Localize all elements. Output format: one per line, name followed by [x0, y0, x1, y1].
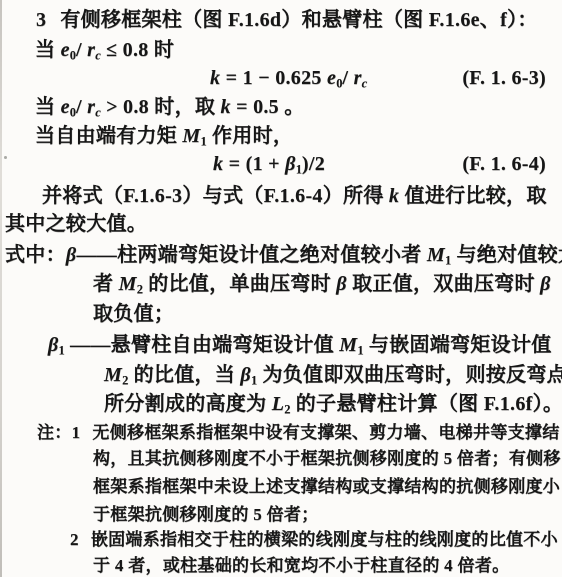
math-variable: β	[336, 273, 347, 295]
cjk-text-run: 框架系指框架中未设上述支撑结构或支撑结构的抗侧移刚度小	[93, 477, 560, 496]
math-variable: e	[61, 96, 70, 118]
cjk-text-run: 有侧移框架柱（图	[60, 9, 228, 31]
cjk-text-run: 构，且其抗侧移刚度不小于框架抗侧移刚度的	[93, 449, 444, 468]
math-variable: M	[427, 244, 445, 266]
latin-text-run: F.1.6-4	[264, 185, 323, 207]
cjk-text-run: 倍者；有侧移	[452, 449, 560, 468]
note-1-line-3: 框架系指框架中未设上述支撑结构或支撑结构的抗侧移刚度小	[93, 477, 560, 497]
scan-edge-shadow	[0, 0, 2, 577]
math-variable: k	[389, 185, 399, 207]
note-2-line-1: 2嵌固端系指相交于柱的横梁的线刚度与柱的线刚度的比值不小	[70, 530, 558, 550]
latin-text-run: F.1.6f	[484, 393, 533, 415]
cjk-text-run: ）所得	[323, 185, 389, 207]
cjk-text-run: ）和悬臂柱（图	[281, 9, 428, 31]
scan-speckle	[4, 156, 7, 159]
note-1-line-4: 于框架抗侧移刚度的 5 倍者；	[93, 505, 319, 525]
math-variable: β	[240, 364, 251, 386]
cjk-text-run: 式中：	[5, 244, 66, 266]
math-variable: L	[272, 393, 285, 415]
math-variable: M	[104, 364, 122, 386]
latin-text-run: = 1 − 0.625	[220, 67, 327, 89]
math-variable: M	[182, 125, 200, 147]
clause-number: 3	[36, 9, 46, 31]
cjk-text-run: 的子悬臂柱计算（图	[290, 393, 483, 415]
cjk-text-run: 的比值，当	[128, 364, 240, 386]
latin-text-run: F.1.6-3	[123, 185, 182, 207]
cjk-text-run: 悬臂柱自由端弯矩设计值	[111, 334, 340, 356]
cjk-text-run: 与嵌固端弯矩设计值	[364, 334, 552, 356]
formula-f-1-6-4: k = (1 + β1)/2	[213, 152, 325, 177]
latin-text-run: 4	[444, 556, 453, 575]
latin-text-run: )/2	[302, 153, 325, 175]
math-variable: M	[339, 334, 357, 356]
formula-f-1-6-3: k = 1 − 0.625 e0/ rc	[210, 66, 367, 91]
math-variable: β	[285, 153, 296, 175]
cjk-text-run: 并将式（	[42, 185, 123, 207]
cjk-text-run: 倍者。	[453, 556, 509, 575]
cjk-text-run: ）：	[507, 9, 538, 31]
cjk-text-run: 于	[93, 556, 115, 575]
cjk-text-run: 其中之较大值。	[5, 213, 147, 235]
math-variable: e	[327, 67, 336, 89]
cjk-text-run: 倍者；	[262, 505, 318, 524]
cjk-text-run: 无侧移框架系指框架中设有支撑架、剪力墙、电梯井等支撑结	[92, 423, 559, 442]
cjk-text-run: 所分割成的高度为	[104, 393, 272, 415]
latin-text-run: /	[342, 67, 353, 89]
cjk-text-run: ）与式（	[182, 185, 263, 207]
cjk-text-run: 值进行比较，取	[399, 185, 546, 207]
cjk-text-run: 取负值；	[93, 303, 174, 325]
cjk-text-run: 时，取	[154, 96, 220, 118]
math-variable: β	[48, 334, 59, 356]
latin-text-run: 1	[72, 423, 81, 442]
latin-text-run: F.1.6d	[228, 9, 281, 31]
latin-text-run: (F. 1. 6-4)	[462, 153, 546, 175]
cjk-text-run: 当自由端有力矩	[35, 125, 182, 147]
cjk-text-run: 者	[93, 273, 119, 295]
subscript: c	[362, 76, 368, 90]
math-variable: k	[220, 96, 230, 118]
cjk-text-run: 与绝对值较大	[451, 244, 562, 266]
note-1-line-2: 构，且其抗侧移刚度不小于框架抗侧移刚度的 5 倍者；有侧移	[93, 449, 561, 469]
latin-text-run: = (1 +	[223, 153, 285, 175]
math-variable: e	[61, 39, 70, 61]
cjk-text-run: 当	[35, 39, 61, 61]
note-2-line-2: 于 4 者，或柱基础的长和宽均不小于柱直径的 4 倍者。	[93, 556, 509, 576]
math-variable: r	[354, 67, 362, 89]
cjk-text-run: 注：	[37, 423, 72, 442]
eq-number-f-1-6-4: (F. 1. 6-4)	[462, 152, 546, 176]
math-variable: β	[540, 273, 551, 295]
cjk-text-run: 为负值即双曲压弯时，则按反弯点	[257, 364, 562, 386]
cjk-text-run: 时	[154, 39, 174, 61]
math-variable: k	[210, 67, 220, 89]
cjk-text-run: ——	[65, 334, 111, 356]
math-variable: k	[213, 153, 223, 175]
condition-e0-rc-gt-08: 当 e0/ rc > 0.8 时，取 k = 0.5 。	[35, 95, 305, 120]
cjk-text-run: 。	[279, 96, 305, 118]
where-beta1-def-line-2: M2 的比值，当 β1 为负值即双曲压弯时，则按反弯点	[104, 363, 562, 388]
eq-number-f-1-6-3: (F. 1. 6-3)	[462, 66, 546, 90]
cjk-text-run: ——	[76, 244, 117, 266]
clause-3-heading: 3有侧移框架柱（图 F.1.6d）和悬臂柱（图 F.1.6e、f）：	[36, 8, 538, 32]
cjk-text-run: 取正值，双曲压弯时	[347, 273, 540, 295]
latin-text-run: 4	[115, 556, 124, 575]
where-beta1-def-line-1: β1 ——悬臂柱自由端弯矩设计值 M1 与嵌固端弯矩设计值	[48, 333, 552, 358]
cjk-text-run: 的比值，单曲压弯时	[143, 273, 336, 295]
where-beta-def-line-1: 式中：β——柱两端弯矩设计值之绝对值较小者 M1 与绝对值较大	[5, 243, 562, 268]
cjk-text-run: 柱两端弯矩设计值之绝对值较小者	[117, 244, 427, 266]
compare-k-values-line-2: 其中之较大值。	[5, 212, 147, 236]
latin-text-run: = 0.5	[231, 96, 279, 118]
scanned-page: 3有侧移框架柱（图 F.1.6d）和悬臂柱（图 F.1.6e、f）：当 e0/ …	[0, 0, 562, 577]
latin-text-run: ≤ 0.8	[101, 39, 154, 61]
where-beta-def-line-2: 者 M2 的比值，单曲压弯时 β 取正值，双曲压弯时 β	[93, 272, 551, 297]
cjk-text-run: ）。	[533, 393, 562, 415]
latin-text-run: F.1.6e	[429, 9, 480, 31]
note-1-line-1: 注：1无侧移框架系指框架中设有支撑架、剪力墙、电梯井等支撑结	[37, 423, 560, 443]
cjk-text-run: 、	[480, 9, 500, 31]
cjk-text-run: 于框架抗侧移刚度的	[93, 505, 253, 524]
latin-text-run: /	[76, 39, 87, 61]
cjk-text-run: 嵌固端系指相交于柱的横梁的线刚度与柱的线刚度的比值不小	[91, 530, 558, 549]
condition-e0-rc-le-08: 当 e0/ rc ≤ 0.8 时	[35, 38, 174, 63]
latin-text-run: > 0.8	[101, 96, 155, 118]
latin-text-run: 5	[253, 505, 262, 524]
cjk-text-run: 当	[35, 96, 61, 118]
math-variable: β	[66, 244, 77, 266]
cjk-text-run: 者，或柱基础的长和宽均不小于柱直径的	[124, 556, 445, 575]
math-variable: M	[119, 273, 137, 295]
latin-text-run: /	[76, 96, 87, 118]
latin-text-run: (F. 1. 6-3)	[462, 67, 546, 89]
compare-k-values-line-1: 并将式（F.1.6-3）与式（F.1.6-4）所得 k 值进行比较，取	[42, 184, 547, 208]
latin-text-run: 2	[70, 530, 79, 549]
cjk-text-run: 作用时，	[207, 125, 294, 147]
where-beta-def-line-3: 取负值；	[93, 302, 174, 326]
where-beta1-def-line-3: 所分割成的高度为 L2 的子悬臂柱计算（图 F.1.6f）。	[104, 392, 562, 417]
condition-free-end-moment: 当自由端有力矩 M1 作用时，	[35, 124, 293, 149]
